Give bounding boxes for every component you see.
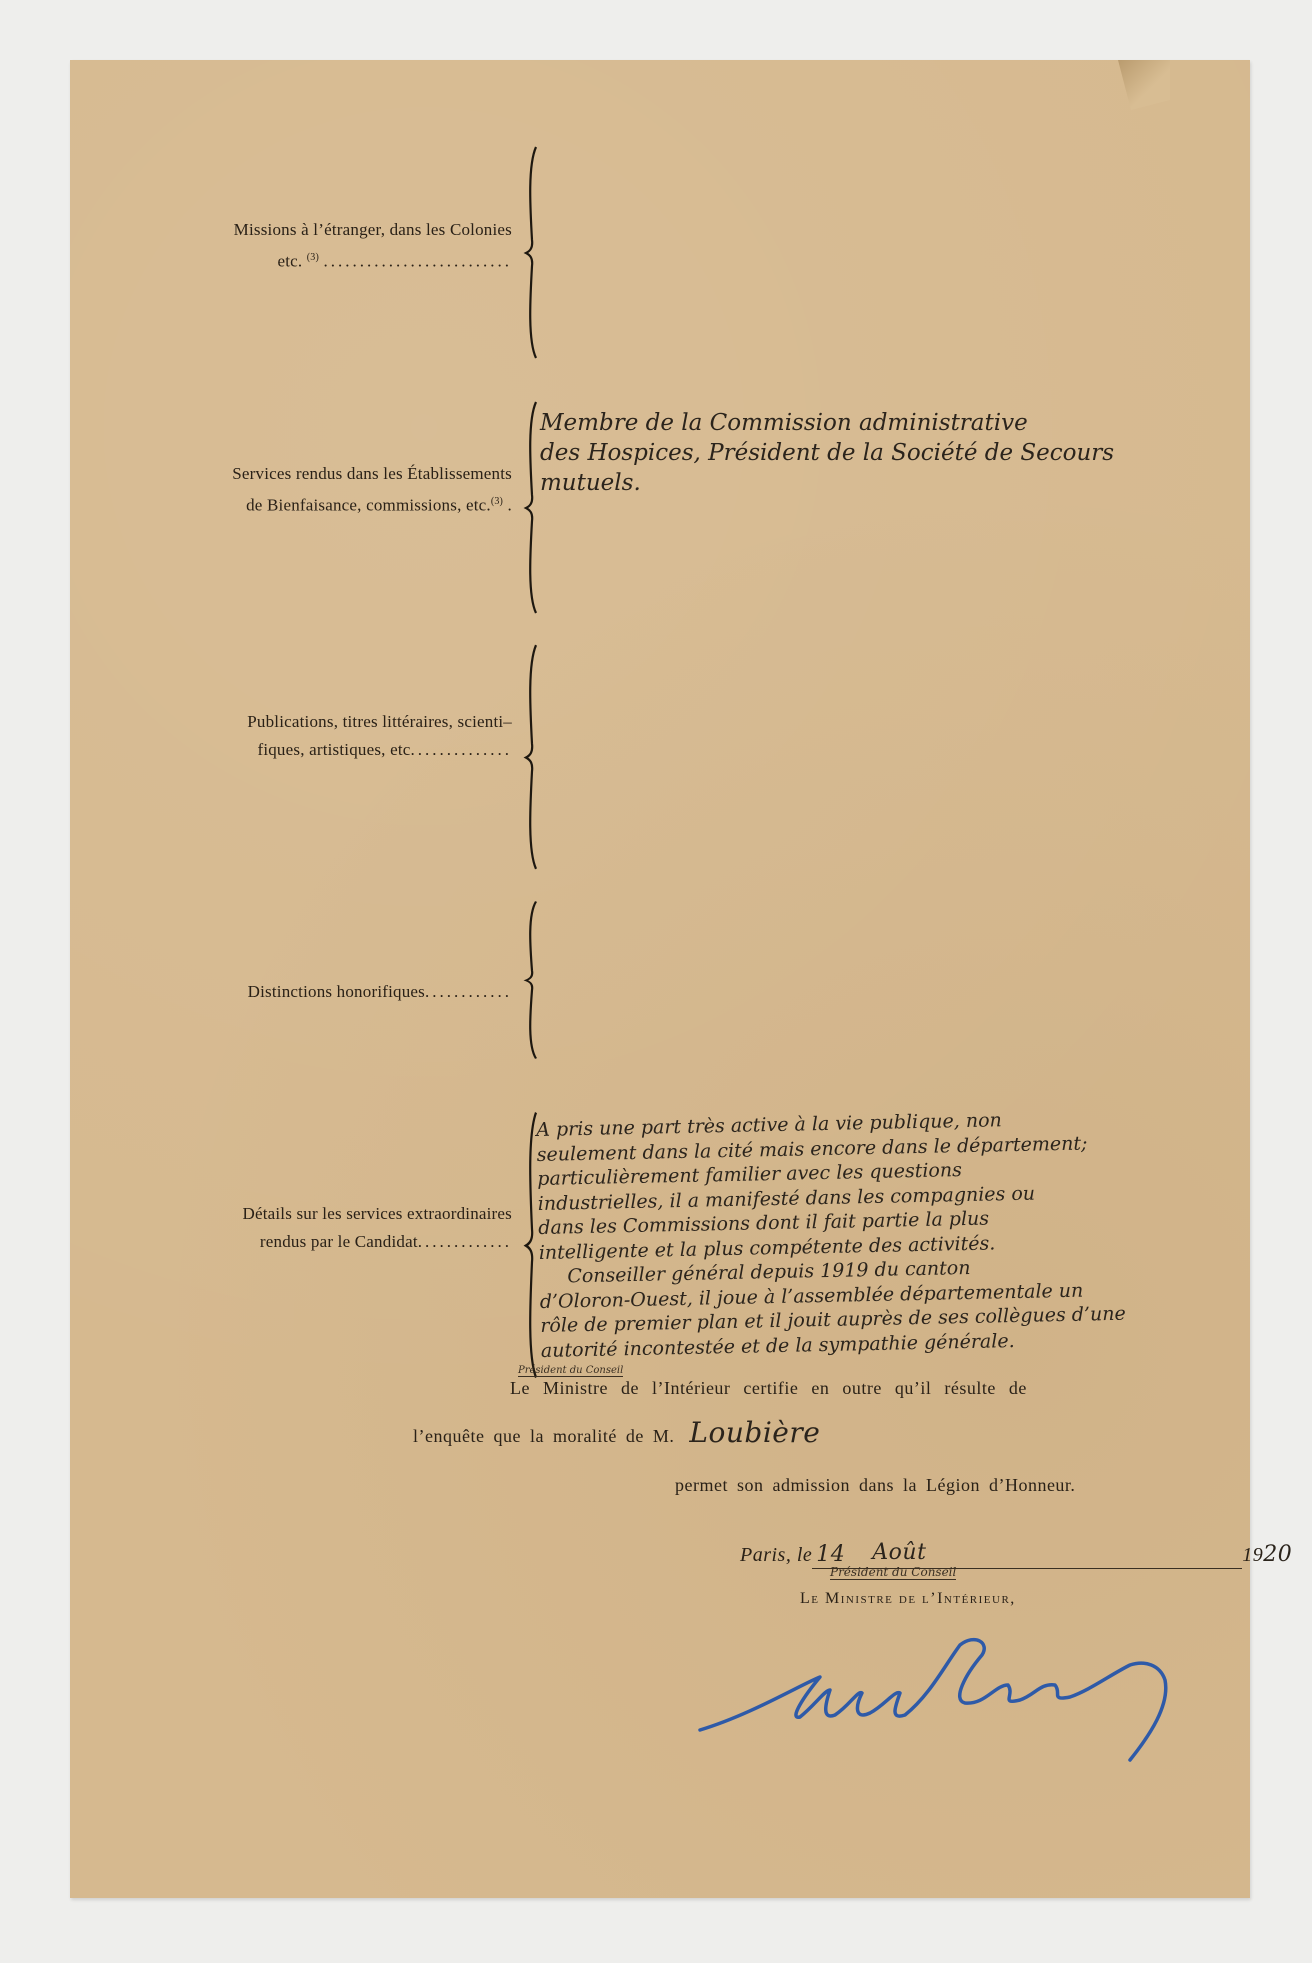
field-label-missions: Missions à l’étranger, dans les Colonies…	[100, 216, 512, 276]
signatory-title: Le Ministre de l’Intérieur,	[800, 1590, 1016, 1608]
label-text: rendus par le Candidat	[260, 1232, 418, 1251]
date-year-suffix: 20	[1263, 1542, 1292, 1567]
brace-icon	[522, 900, 544, 1060]
handwritten-line: mutuels.	[540, 468, 1260, 498]
brace-icon	[522, 643, 544, 871]
label-text: Distinctions honorifiques	[248, 982, 425, 1001]
date-line: Paris, le14Août1920	[740, 1540, 1292, 1569]
label-line: Distinctions honorifiques............	[100, 978, 512, 1006]
handwritten-services: Membre de la Commission administrative d…	[540, 408, 1260, 498]
signatory-annotation: Président du Conseil	[830, 1565, 956, 1580]
leader-dots: ..........................	[324, 252, 513, 271]
certification-line-3: permet son admission dans la Légion d’Ho…	[675, 1475, 1075, 1496]
leader-dots: .............	[418, 1232, 512, 1251]
handwritten-details: A pris une part très active à la vie pub…	[536, 1103, 1271, 1363]
label-text: etc.	[277, 252, 302, 271]
label-line: Détails sur les services extraordinaires	[100, 1200, 512, 1228]
label-line-2: fiques, artistiques, etc..............	[100, 736, 512, 764]
certification-line-2: l’enquête que la moralité de M. Loubière	[413, 1418, 820, 1447]
field-label-details: Détails sur les services extraordinaires…	[100, 1200, 512, 1256]
label-line-2: etc. (3) ..........................	[100, 244, 512, 276]
label-line-2: rendus par le Candidat.............	[100, 1228, 512, 1256]
certification-text: l’enquête que la moralité de M.	[413, 1426, 674, 1446]
label-text: de Bienfaisance, commissions, etc.	[246, 496, 491, 515]
label-line: Missions à l’étranger, dans les Colonies	[100, 216, 512, 244]
field-label-publications: Publications, titres littéraires, scient…	[100, 708, 512, 764]
label-line-2: de Bienfaisance, commissions, etc.(3) .	[100, 488, 512, 520]
field-label-services: Services rendus dans les Établissements …	[100, 460, 512, 520]
date-year-prefix: 19	[1242, 1544, 1263, 1566]
leader-dots: ..............	[411, 740, 513, 759]
footnote-marker: (3)	[491, 496, 503, 507]
label-line: Services rendus dans les Établissements	[100, 460, 512, 488]
handwritten-line: Membre de la Commission administrative	[540, 408, 1260, 438]
footnote-marker: (3)	[307, 252, 319, 263]
signature-icon	[690, 1635, 1210, 1765]
date-prefix: Paris, le	[740, 1544, 812, 1566]
margin-annotation: Président du Conseil	[518, 1365, 623, 1377]
date-month: Août	[872, 1538, 926, 1567]
label-text: fiques, artistiques, etc	[257, 740, 410, 759]
label-line: Publications, titres littéraires, scient…	[100, 708, 512, 736]
certification-line-1: Le Ministre de l’Intérieur certifie en o…	[510, 1378, 1027, 1399]
field-label-distinctions: Distinctions honorifiques............	[100, 978, 512, 1006]
leader-dots: ............	[425, 982, 512, 1001]
candidate-name: Loubière	[689, 1416, 820, 1449]
handwritten-line: des Hospices, Président de la Société de…	[540, 438, 1260, 468]
brace-icon	[522, 145, 544, 360]
